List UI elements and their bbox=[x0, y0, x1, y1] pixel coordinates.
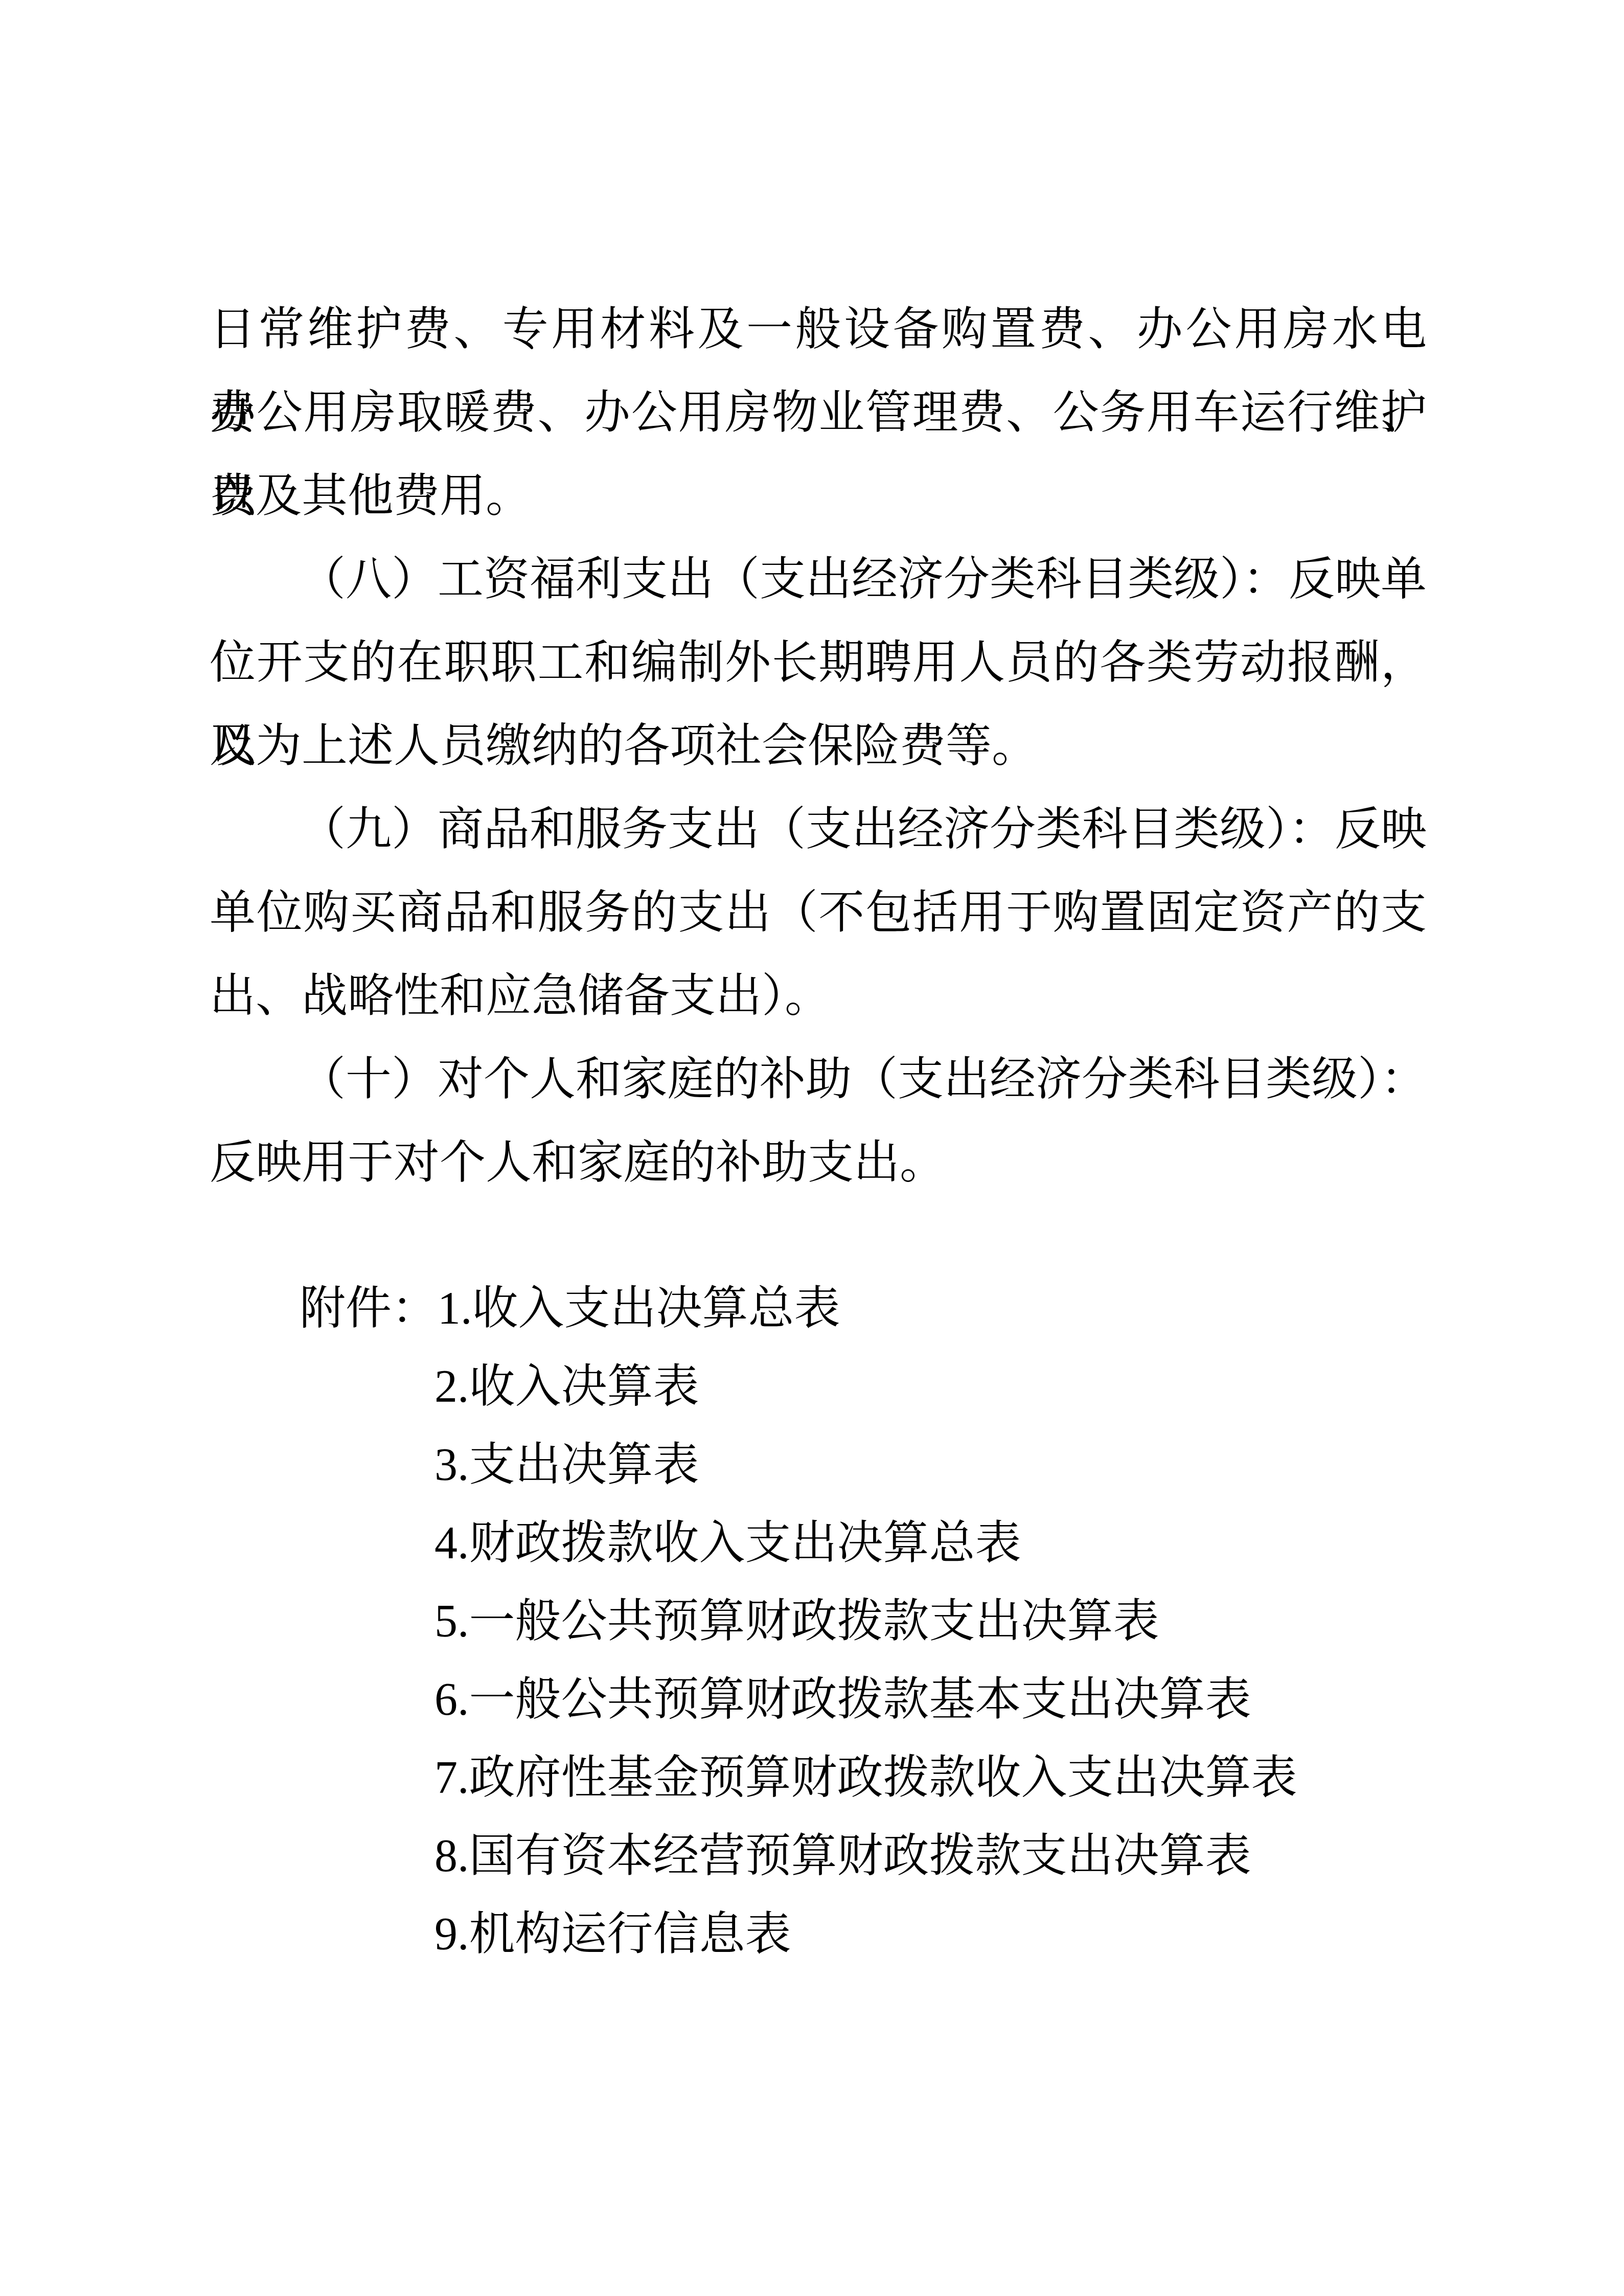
attachment-item: 5.一般公共预算财政拨款支出决算表 bbox=[210, 1582, 1427, 1661]
text-line: （九）商品和服务支出（支出经济分类科目类级）：反映 bbox=[210, 788, 1427, 871]
text-line: 位开支的在职职工和编制外长期聘用人员的各类劳动报酬，以 bbox=[210, 621, 1427, 704]
attachment-item: 9.机构运行信息表 bbox=[210, 1895, 1427, 1973]
attachment-label-line: 附件：1.收入支出决算总表 bbox=[210, 1269, 1427, 1348]
attachment-item: 4.财政拨款收入支出决算总表 bbox=[210, 1504, 1427, 1582]
attachment-label: 附件： bbox=[300, 1283, 438, 1334]
text-line: 以及其他费用。 bbox=[210, 454, 1427, 538]
document-page: 日常维护费、专用材料及一般设备购置费、办公用房水电费、 办公用房取暖费、办公用房… bbox=[0, 0, 1624, 2296]
attachment-item: 6.一般公共预算财政拨款基本支出决算表 bbox=[210, 1661, 1427, 1739]
attachment-item: 2.收入决算表 bbox=[210, 1348, 1427, 1426]
text-line: 日常维护费、专用材料及一般设备购置费、办公用房水电费、 bbox=[210, 288, 1427, 371]
text-line: （十）对个人和家庭的补助（支出经济分类科目类级）： bbox=[210, 1038, 1427, 1121]
text-line: 出、战略性和应急储备支出）。 bbox=[210, 954, 1427, 1038]
text-line: 及为上述人员缴纳的各项社会保险费等。 bbox=[210, 704, 1427, 788]
attachment-item: 3.支出决算表 bbox=[210, 1426, 1427, 1504]
attachment-item: 7.政府性基金预算财政拨款收入支出决算表 bbox=[210, 1739, 1427, 1817]
text-line: 反映用于对个人和家庭的补助支出。 bbox=[210, 1121, 1427, 1204]
text-line: （八）工资福利支出（支出经济分类科目类级）：反映单 bbox=[210, 538, 1427, 621]
text-line: 单位购买商品和服务的支出（不包括用于购置固定资产的支 bbox=[210, 871, 1427, 954]
attachment-item: 8.国有资本经营预算财政拨款支出决算表 bbox=[210, 1817, 1427, 1895]
text-line: 办公用房取暖费、办公用房物业管理费、公务用车运行维护费 bbox=[210, 371, 1427, 454]
document-body: 日常维护费、专用材料及一般设备购置费、办公用房水电费、 办公用房取暖费、办公用房… bbox=[210, 288, 1427, 1204]
attachments-block: 附件：1.收入支出决算总表 2.收入决算表 3.支出决算表 4.财政拨款收入支出… bbox=[210, 1269, 1427, 1973]
attachment-item: 1.收入支出决算总表 bbox=[438, 1283, 840, 1334]
